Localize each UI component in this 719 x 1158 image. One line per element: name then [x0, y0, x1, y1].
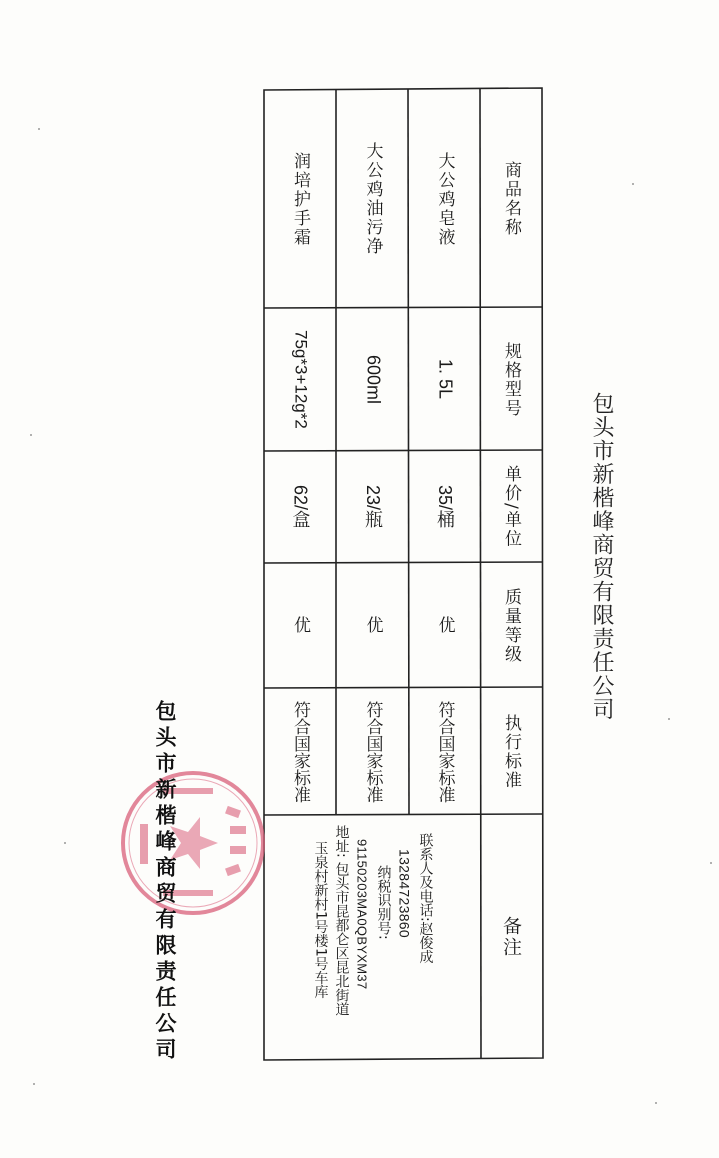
cell-text: 62/盒 [288, 485, 314, 528]
cell-text: 大公鸡油污净 [361, 142, 386, 256]
table-row-3-standard: 符合国家标准 [265, 688, 336, 815]
cell-text: 优 [361, 616, 386, 635]
cell-text: 600ml [363, 355, 384, 404]
scan-speck [710, 862, 712, 864]
header-price-unit: 单价/单位 [481, 451, 542, 563]
table-row-3-spec: 75g*3+12g*2 [265, 308, 336, 451]
cell-text: 优 [433, 616, 458, 635]
header-remarks: 备注 [481, 815, 542, 1059]
scan-speck [30, 434, 32, 436]
header-standard: 执行标准 [481, 688, 542, 815]
table-row-1-quality: 优 [409, 563, 481, 688]
remarks-address-line2: 玉泉村新村1号楼1号车库 [312, 825, 329, 999]
remarks-contact: 联系人及电话:赵俊成 [417, 825, 434, 964]
cell-text: 23/瓶 [360, 485, 386, 528]
header-label: 商品名称 [499, 161, 524, 237]
table-row-3-price: 62/盒 [265, 451, 336, 563]
cell-text: 符合国家标准 [361, 701, 386, 803]
table-row-3-name: 润培护手霜 [265, 90, 336, 308]
table-row-2-standard: 符合国家标准 [337, 688, 409, 815]
cell-text: 1. 5L [435, 359, 456, 399]
table-row-2-price: 23/瓶 [337, 451, 409, 563]
table-row-2-name: 大公鸡油污净 [337, 90, 409, 308]
scan-speck [38, 128, 40, 130]
table-row-1-spec: 1. 5L [409, 308, 481, 451]
table-row-3-quality: 优 [265, 563, 336, 688]
scan-speck [632, 183, 634, 185]
remarks-cell: 联系人及电话:赵俊成 13284723860 纳税识别号: 91150203MA… [265, 816, 480, 1059]
cell-text: 符合国家标准 [288, 701, 313, 803]
company-seal-icon [118, 768, 268, 918]
cell-text: 大公鸡皂液 [433, 152, 458, 247]
scan-speck [668, 718, 670, 720]
footer-company-name: 包头市新楷峰商贸有限责任公司 [150, 700, 180, 1064]
remarks-phone: 13284723860 [396, 825, 413, 938]
remarks-address-line1: 地址: 包头市昆都仑区昆北街道 [333, 825, 350, 1016]
remarks-tax-id: 91150203MA0QBYXM37 [354, 825, 371, 989]
table-row-1-standard: 符合国家标准 [409, 688, 481, 815]
cell-text: 优 [288, 616, 313, 635]
remarks-tax-id-label: 纳税识别号: [375, 825, 392, 940]
header-quality: 质量等级 [481, 563, 542, 688]
header-product-name: 商品名称 [481, 90, 542, 308]
table-row-1-name: 大公鸡皂液 [409, 90, 481, 308]
table-row-1-price: 35/桶 [409, 451, 481, 563]
cell-text: 符合国家标准 [433, 701, 458, 803]
cell-text: 75g*3+12g*2 [291, 330, 311, 429]
table-row-2-quality: 优 [337, 563, 409, 688]
scan-speck [64, 842, 66, 844]
header-label: 单价/单位 [499, 465, 524, 549]
header-spec: 规格型号 [481, 308, 542, 451]
document-page: 包头市新楷峰商贸有限责任公司 商品名称 规格型号 单价/单位 质量等级 执行标准… [0, 0, 719, 1158]
scan-speck [655, 1102, 657, 1104]
cell-text: 润培护手霜 [288, 152, 313, 247]
scan-speck [33, 1083, 35, 1085]
table-row-2-spec: 600ml [337, 308, 409, 451]
cell-text: 35/桶 [432, 485, 458, 528]
header-label: 执行标准 [499, 714, 524, 790]
header-label: 规格型号 [499, 342, 524, 418]
header-label: 质量等级 [499, 588, 524, 664]
header-label: 备注 [498, 916, 525, 958]
